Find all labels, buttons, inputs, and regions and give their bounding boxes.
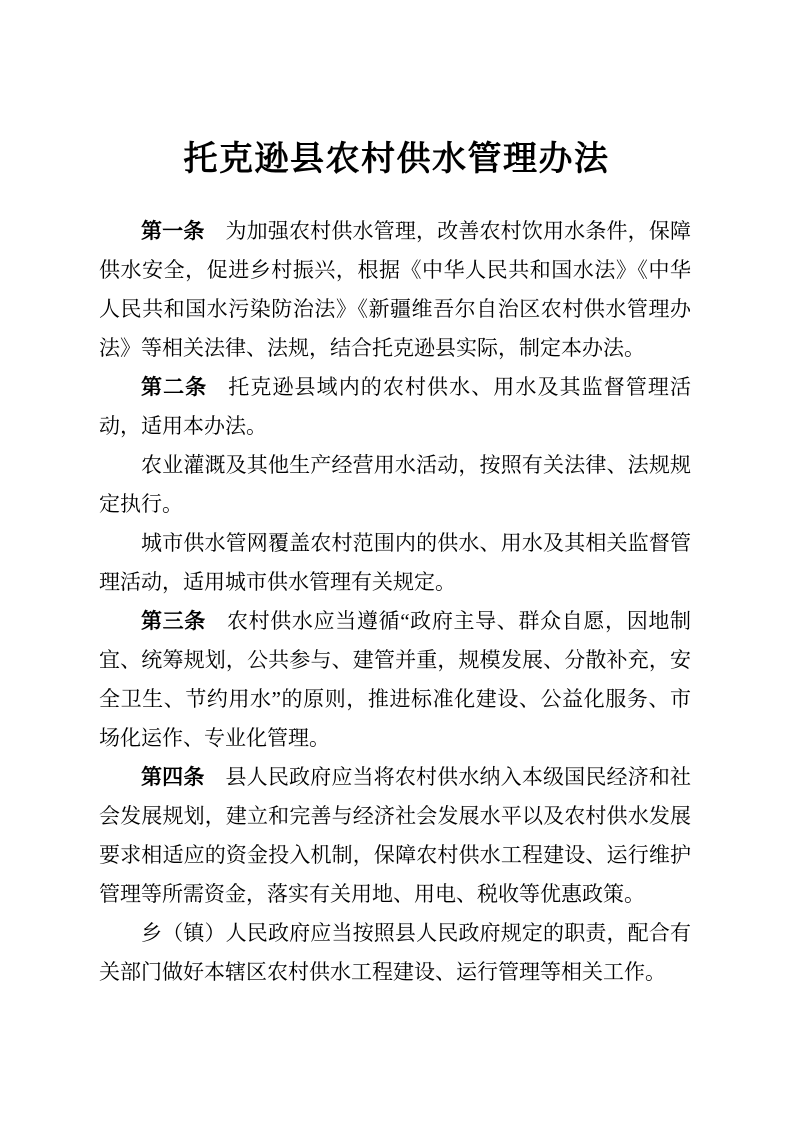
paragraph-article-4-sub-1: 乡（镇）人民政府应当按照县人民政府规定的职责，配合有关部门做好本辖区农村供水工程… (99, 914, 691, 992)
document-body: 第一条为加强农村供水管理，改善农村饮用水条件，保障供水安全，促进乡村振兴，根据《… (99, 212, 691, 992)
paragraph-article-2: 第二条托克逊县域内的农村供水、用水及其监督管理活动，适用本办法。 (99, 368, 691, 446)
paragraph-article-2-sub-1: 农业灌溉及其他生产经营用水活动，按照有关法律、法规规定执行。 (99, 446, 691, 524)
paragraph-text: 农业灌溉及其他生产经营用水活动，按照有关法律、法规规定执行。 (99, 453, 691, 516)
paragraph-text: 城市供水管网覆盖农村范围内的供水、用水及其相关监督管理活动，适用城市供水管理有关… (99, 531, 691, 594)
article-number-label: 第三条 (141, 609, 206, 633)
paragraph-text: 乡（镇）人民政府应当按照县人民政府规定的职责，配合有关部门做好本辖区农村供水工程… (99, 921, 691, 984)
document-page: 托克逊县农村供水管理办法 第一条为加强农村供水管理，改善农村饮用水条件，保障供水… (0, 0, 793, 1122)
article-number-label: 第一条 (141, 219, 205, 243)
article-number-label: 第二条 (141, 375, 207, 399)
article-number-label: 第四条 (141, 765, 205, 789)
paragraph-article-4: 第四条县人民政府应当将农村供水纳入本级国民经济和社会发展规划，建立和完善与经济社… (99, 758, 691, 914)
paragraph-article-2-sub-2: 城市供水管网覆盖农村范围内的供水、用水及其相关监督管理活动，适用城市供水管理有关… (99, 524, 691, 602)
paragraph-article-3: 第三条农村供水应当遵循“政府主导、群众自愿，因地制宜、统筹规划，公共参与、建管并… (99, 602, 691, 758)
paragraph-article-1: 第一条为加强农村供水管理，改善农村饮用水条件，保障供水安全，促进乡村振兴，根据《… (99, 212, 691, 368)
document-title: 托克逊县农村供水管理办法 (0, 139, 793, 181)
